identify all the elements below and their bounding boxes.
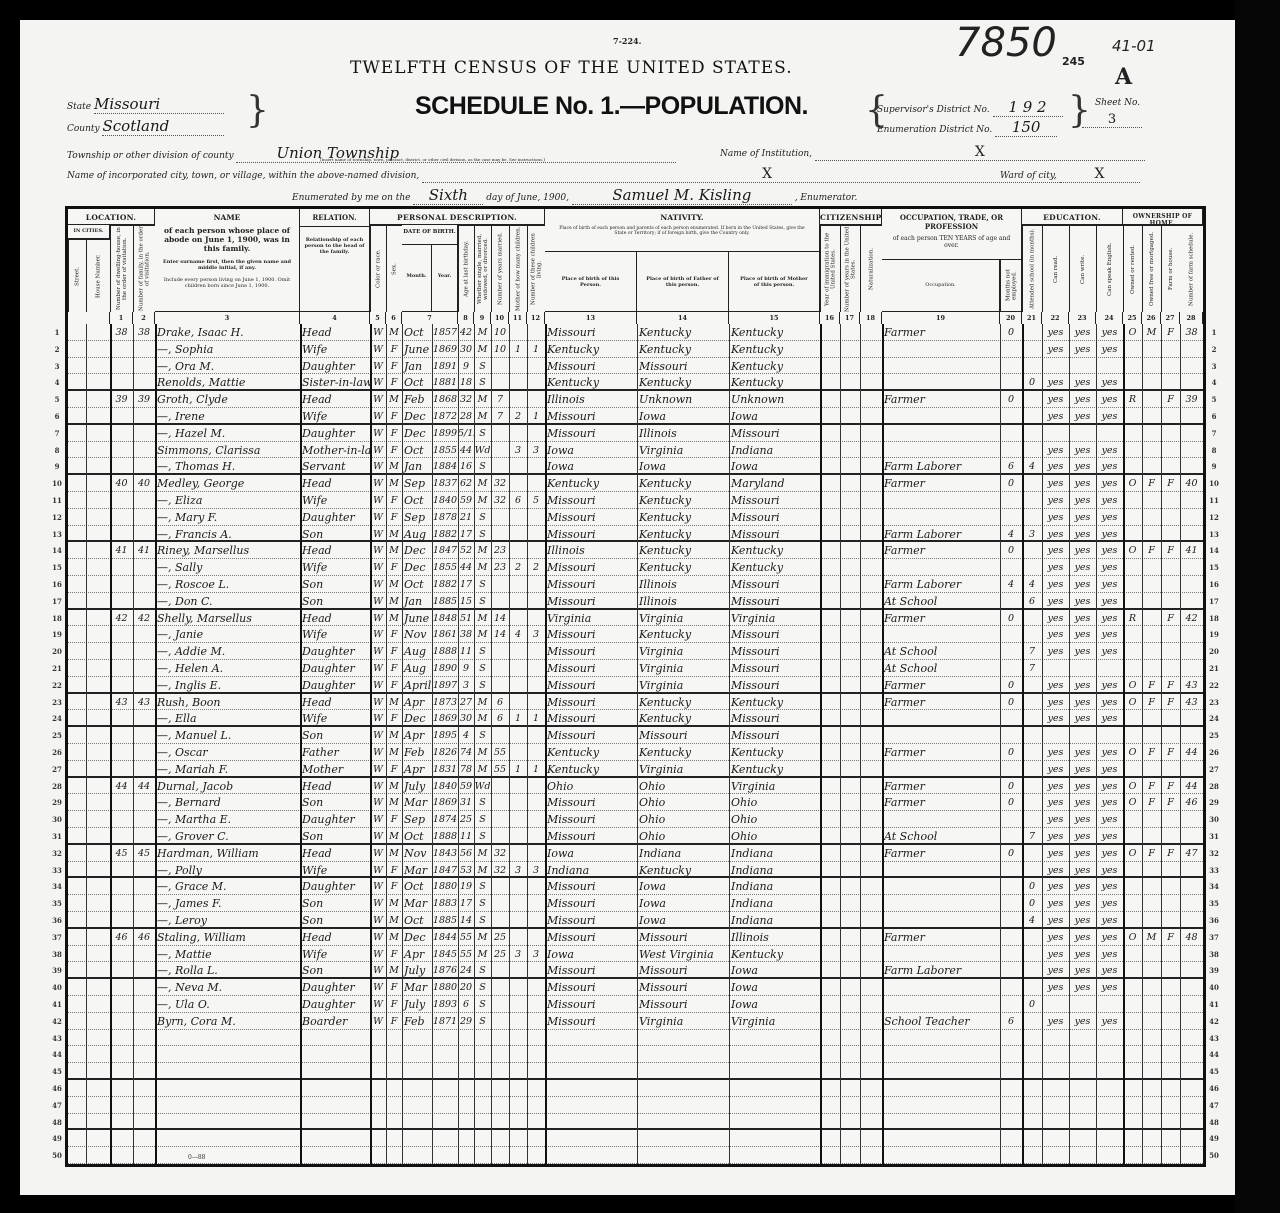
cell-family: 40 [133, 475, 155, 491]
cell-month: Dec [402, 559, 432, 575]
cell-write: yes [1069, 610, 1096, 626]
cell-mother: Indiana [729, 845, 820, 861]
cell-read: yes [1042, 744, 1069, 760]
cell-occupation [882, 710, 1000, 725]
cell-mortgaged: F [1142, 694, 1161, 710]
line-number: 4 [1207, 378, 1221, 387]
cell-yrs-married [491, 962, 509, 977]
line-number: 2 [1207, 345, 1221, 354]
cell-marital: S [474, 358, 491, 374]
cell-relation: Servant [300, 458, 370, 473]
cell-marital: M [474, 929, 491, 945]
cell-color: W [370, 878, 386, 894]
cell-occupation: Farm Laborer [882, 526, 1000, 541]
line-number: 24 [1207, 714, 1221, 723]
table-row: —, SallyWifeWFDec185544M2322MissouriKent… [68, 559, 1203, 576]
line-number: 30 [1207, 815, 1221, 824]
cell-write: yes [1069, 761, 1096, 776]
cell-read: yes [1042, 946, 1069, 962]
cell-write: yes [1069, 391, 1096, 407]
header-years-married: Number of years married. [491, 225, 509, 312]
cell-family [133, 374, 155, 389]
cell-school [1022, 442, 1042, 458]
table-row: —, ElizaWifeWFOct184059M3265MissouriKent… [68, 492, 1203, 509]
cell-farm [1161, 509, 1180, 525]
cell-name: Riney, Marsellus [155, 542, 300, 558]
cell-sex: M [386, 593, 402, 608]
grid-line [882, 324, 884, 1164]
grid-line [1022, 324, 1024, 1164]
table-row: —, Neva M.DaughterWFMar188020SMissouriMi… [68, 979, 1203, 996]
cell-unemployed [1000, 509, 1022, 525]
cell-dwelling [110, 442, 133, 458]
cell-father: Kentucky [637, 341, 729, 357]
cell-year: 1855 [432, 442, 458, 458]
cell-write: yes [1069, 962, 1096, 977]
cell-dwelling [110, 643, 133, 659]
cell-sex: F [386, 862, 402, 877]
cell-relation: Father [300, 744, 370, 760]
table-row: 4545Hardman, WilliamHeadWMNov184356M32Io… [68, 845, 1203, 862]
cell-name: —, Helen A. [155, 660, 300, 676]
cell-farm-no: 43 [1180, 677, 1203, 692]
cell-mother-of [509, 643, 527, 659]
cell-yrs-married [491, 374, 509, 389]
column-number: 13 [545, 312, 637, 324]
cell-birth: Iowa [545, 845, 637, 861]
cell-farm-no: 39 [1180, 391, 1203, 407]
cell-living: 1 [527, 341, 545, 357]
table-row: —, Hazel M.DaughterWFDec18995/12SMissour… [68, 425, 1203, 442]
line-number: 5 [50, 395, 64, 404]
header-birth-father: Place of birth of Father of this person. [637, 252, 729, 312]
table-row: —, Thomas H.ServantWMJan188416SIowaIowaI… [68, 458, 1203, 475]
cell-owned: R [1123, 610, 1142, 626]
column-number: 18 [860, 312, 882, 324]
cell-write: yes [1069, 576, 1096, 592]
cell-living [527, 912, 545, 927]
cell-yrs-married [491, 912, 509, 927]
cell-marital: M [474, 324, 491, 340]
cell-year: 1880 [432, 878, 458, 894]
cell-farm [1161, 946, 1180, 962]
cell-mortgaged [1142, 962, 1161, 977]
cell-sex: F [386, 442, 402, 458]
cell-mother: Missouri [729, 492, 820, 508]
line-number: 12 [1207, 513, 1221, 522]
cell-mortgaged [1142, 660, 1161, 676]
cell-age: 32 [458, 391, 474, 407]
cell-mother-of [509, 677, 527, 692]
cell-name: —, Addie M. [155, 643, 300, 659]
cell-father: Kentucky [637, 694, 729, 710]
cell-write: yes [1069, 526, 1096, 541]
cell-mortgaged [1142, 912, 1161, 927]
cell-mortgaged [1142, 576, 1161, 592]
cell-family: 45 [133, 845, 155, 861]
cell-english: yes [1096, 559, 1123, 575]
cell-family [133, 442, 155, 458]
cell-farm-no [1180, 442, 1203, 458]
supervisor-district-field: Supervisor's District No. 1 9 2 [877, 98, 1063, 117]
cell-school [1022, 324, 1042, 340]
cell-mother-of [509, 778, 527, 794]
cell-mother: Kentucky [729, 744, 820, 760]
cell-yrs-married: 25 [491, 946, 509, 962]
grid-line [110, 324, 112, 1164]
cell-owned [1123, 996, 1142, 1012]
cell-english: yes [1096, 912, 1123, 927]
cell-farm-no [1180, 946, 1203, 962]
cell-farm: F [1161, 542, 1180, 558]
cell-unemployed [1000, 492, 1022, 508]
cell-mortgaged [1142, 727, 1161, 743]
cell-living: 1 [527, 761, 545, 776]
cell-read: yes [1042, 391, 1069, 407]
cell-occupation [882, 912, 1000, 927]
cell-mother-of [509, 576, 527, 592]
schedule-title: SCHEDULE No. 1.—POPULATION. [415, 92, 808, 121]
cell-father: Iowa [637, 878, 729, 894]
cell-english: yes [1096, 878, 1123, 894]
cell-english: yes [1096, 458, 1123, 473]
sheet-value: 3 [1082, 112, 1142, 128]
cell-write: yes [1069, 912, 1096, 927]
cell-living [527, 391, 545, 407]
cell-owned [1123, 710, 1142, 725]
cell-english: yes [1096, 794, 1123, 810]
cell-relation: Head [300, 542, 370, 558]
cell-mortgaged: F [1142, 794, 1161, 810]
cell-farm: F [1161, 677, 1180, 692]
cell-marital: M [474, 862, 491, 877]
cell-relation: Son [300, 794, 370, 810]
cell-age: 59 [458, 492, 474, 508]
grid-line [402, 324, 403, 1164]
cell-english [1096, 660, 1123, 676]
cell-sex: M [386, 828, 402, 843]
cell-occupation [882, 996, 1000, 1012]
line-number: 23 [50, 698, 64, 707]
line-number: 9 [1207, 462, 1221, 471]
line-number: 13 [1207, 530, 1221, 539]
cell-farm-no [1180, 996, 1203, 1012]
line-number: 21 [50, 664, 64, 673]
table-row: —, SophiaWifeWFJune186930M1011KentuckyKe… [68, 341, 1203, 358]
cell-mortgaged: F [1142, 845, 1161, 861]
cell-write: yes [1069, 744, 1096, 760]
cell-relation: Sister-in-law [300, 374, 370, 389]
grid-line [840, 324, 841, 1164]
cell-mother: Kentucky [729, 542, 820, 558]
cell-year: 1837 [432, 475, 458, 491]
ward-value: X [1060, 166, 1140, 183]
cell-yrs-married: 10 [491, 324, 509, 340]
cell-birth: Missouri [545, 878, 637, 894]
cell-english: yes [1096, 1013, 1123, 1029]
cell-name: —, Manuel L. [155, 727, 300, 743]
cell-read: yes [1042, 458, 1069, 473]
cell-father: Kentucky [637, 374, 729, 389]
table-row: —, MattieWifeWFApr184555M2533IowaWest Vi… [68, 946, 1203, 963]
cell-occupation [882, 559, 1000, 575]
cell-mortgaged: F [1142, 677, 1161, 692]
cell-living: 1 [527, 408, 545, 423]
cell-yrs-married [491, 358, 509, 374]
cell-mother-of [509, 794, 527, 810]
column-number: 2 [133, 312, 155, 324]
header-mother-of: Mother of how many children. [509, 225, 527, 312]
cell-father: Kentucky [637, 559, 729, 575]
cell-write: yes [1069, 559, 1096, 575]
cell-birth: Missouri [545, 576, 637, 592]
cell-month: Dec [402, 542, 432, 558]
cell-read: yes [1042, 694, 1069, 710]
table-row [68, 1147, 1203, 1164]
cell-birth: Missouri [545, 727, 637, 743]
table-row: Simmons, ClarissaMother-in-lawWFOct18554… [68, 442, 1203, 459]
cell-dwelling: 46 [110, 929, 133, 945]
cell-mother-of [509, 660, 527, 676]
cell-unemployed: 0 [1000, 778, 1022, 794]
cell-age: 25 [458, 811, 474, 827]
line-number: 26 [50, 748, 64, 757]
cell-father: Iowa [637, 912, 729, 927]
cell-write [1069, 727, 1096, 743]
table-row: —, Don C.SonWMJan188515SMissouriIllinois… [68, 593, 1203, 610]
cell-occupation [882, 408, 1000, 423]
county-field: County Scotland [67, 117, 224, 136]
cell-living: 3 [527, 862, 545, 877]
cell-mother: Kentucky [729, 358, 820, 374]
cell-marital: M [474, 626, 491, 642]
line-number: 18 [50, 614, 64, 623]
cell-age: 78 [458, 761, 474, 776]
cell-name: Shelly, Marsellus [155, 610, 300, 626]
header-marital-status: Whether single, married, widowed, or div… [474, 225, 491, 312]
cell-yrs-married: 32 [491, 475, 509, 491]
cell-marital: M [474, 341, 491, 357]
cell-read: yes [1042, 509, 1069, 525]
cell-color: W [370, 1013, 386, 1029]
table-row [68, 1130, 1203, 1147]
cell-owned: O [1123, 744, 1142, 760]
line-number: 40 [50, 983, 64, 992]
table-row: 4646Staling, WilliamHeadWMDec184455M25Mi… [68, 929, 1203, 946]
cell-yrs-married: 7 [491, 408, 509, 423]
cell-school [1022, 391, 1042, 407]
cell-yrs-married: 55 [491, 761, 509, 776]
line-number: 40 [1207, 983, 1221, 992]
cell-owned: O [1123, 845, 1142, 861]
cell-relation: Son [300, 727, 370, 743]
cell-english: yes [1096, 374, 1123, 389]
header-in-cities: IN CITIES. [68, 225, 110, 239]
cell-read: yes [1042, 845, 1069, 861]
cell-age: 53 [458, 862, 474, 877]
cell-occupation [882, 442, 1000, 458]
cell-month: June [402, 610, 432, 626]
cell-yrs-married [491, 727, 509, 743]
cell-relation: Wife [300, 862, 370, 877]
column-number: 11 [509, 312, 527, 324]
table-row [68, 1046, 1203, 1063]
cell-english: yes [1096, 895, 1123, 911]
cell-mother-of [509, 593, 527, 608]
table-row: 3838Drake, Isaac H.HeadWMOct185742M10Mis… [68, 324, 1203, 341]
cell-living [527, 677, 545, 692]
cell-year: 1861 [432, 626, 458, 642]
cell-write: yes [1069, 458, 1096, 473]
cell-birth: Missouri [545, 962, 637, 977]
table-row: Renolds, MattieSister-in-lawWFOct188118S… [68, 374, 1203, 391]
grid-line [1161, 324, 1162, 1164]
cell-yrs-married: 25 [491, 929, 509, 945]
column-number: 14 [637, 312, 729, 324]
line-number: 44 [1207, 1050, 1221, 1059]
cell-occupation: Farm Laborer [882, 962, 1000, 977]
cell-birth: Missouri [545, 694, 637, 710]
cell-mother: Indiana [729, 442, 820, 458]
cell-farm [1161, 425, 1180, 441]
cell-family [133, 408, 155, 423]
cell-mortgaged [1142, 1013, 1161, 1029]
cell-english: yes [1096, 643, 1123, 659]
table-row: —, BernardSonWMMar186931SMissouriOhioOhi… [68, 794, 1203, 811]
cell-occupation [882, 761, 1000, 776]
grid-line [370, 324, 372, 1164]
cell-name: —, Ella [155, 710, 300, 725]
cell-age: 17 [458, 895, 474, 911]
cell-mortgaged [1142, 862, 1161, 877]
cell-dwelling [110, 744, 133, 760]
enumerated-field: Enumerated by me on the Sixth day of Jun… [292, 186, 857, 205]
cell-marital: S [474, 643, 491, 659]
cell-name: —, Mary F. [155, 509, 300, 525]
cell-father: Kentucky [637, 862, 729, 877]
cell-sex: F [386, 710, 402, 725]
cell-living [527, 526, 545, 541]
cell-farm [1161, 878, 1180, 894]
cell-marital: S [474, 526, 491, 541]
enumerated-day: Sixth [413, 186, 483, 205]
table-row: —, Ora M.DaughterWFJan18919SMissouriMiss… [68, 358, 1203, 375]
cell-unemployed: 0 [1000, 694, 1022, 710]
cell-month: Oct [402, 374, 432, 389]
cell-color: W [370, 492, 386, 508]
header-color: Color or race. [370, 225, 386, 312]
cell-write: yes [1069, 593, 1096, 608]
cell-birth: Indiana [545, 862, 637, 877]
cell-unemployed [1000, 374, 1022, 389]
cell-month: Apr [402, 761, 432, 776]
cell-farm-no [1180, 509, 1203, 525]
cell-dwelling [110, 946, 133, 962]
cell-farm-no [1180, 828, 1203, 843]
cell-age: 55 [458, 929, 474, 945]
cell-name: —, Irene [155, 408, 300, 423]
cell-name: Simmons, Clarissa [155, 442, 300, 458]
cell-marital: M [474, 475, 491, 491]
cell-color: W [370, 475, 386, 491]
table-row [68, 1063, 1203, 1080]
cell-sex: M [386, 895, 402, 911]
cell-unemployed: 0 [1000, 542, 1022, 558]
population-schedule-table: LOCATION. IN CITIES. Street. House Numbe… [65, 206, 1206, 1167]
state-value: Missouri [94, 95, 224, 114]
cell-owned [1123, 626, 1142, 642]
cell-marital: S [474, 576, 491, 592]
cell-read [1042, 425, 1069, 441]
cell-unemployed [1000, 626, 1022, 642]
cell-family [133, 996, 155, 1012]
cell-family: 46 [133, 929, 155, 945]
column-number: 10 [491, 312, 509, 324]
cell-year: 1884 [432, 458, 458, 473]
cell-sex: F [386, 626, 402, 642]
cell-age: 42 [458, 324, 474, 340]
cell-marital: M [474, 845, 491, 861]
table-row: 4444Durnal, JacobHeadWMJuly184059WdOhioO… [68, 778, 1203, 795]
cell-occupation [882, 341, 1000, 357]
cell-yrs-married [491, 576, 509, 592]
cell-age: 30 [458, 341, 474, 357]
cell-owned [1123, 593, 1142, 608]
line-number: 34 [1207, 882, 1221, 891]
cell-name: —, Neva M. [155, 979, 300, 995]
cell-sex: F [386, 492, 402, 508]
cell-unemployed [1000, 593, 1022, 608]
cell-read: yes [1042, 341, 1069, 357]
cell-marital: S [474, 458, 491, 473]
cell-english: yes [1096, 526, 1123, 541]
cell-unemployed [1000, 761, 1022, 776]
cell-mother-of [509, 610, 527, 626]
cell-mortgaged [1142, 526, 1161, 541]
header-farm-house: Farm or house. [1161, 225, 1180, 312]
table-row: —, Inglis E.DaughterWFApril18973SMissour… [68, 677, 1203, 694]
cell-school [1022, 1013, 1042, 1029]
cell-name: —, James F. [155, 895, 300, 911]
cell-school [1022, 492, 1042, 508]
cell-month: Apr [402, 946, 432, 962]
cell-occupation: Farmer [882, 794, 1000, 810]
line-number: 17 [50, 597, 64, 606]
cell-yrs-married [491, 794, 509, 810]
cell-sex: M [386, 727, 402, 743]
line-number: 39 [50, 966, 64, 975]
cell-age: 55 [458, 946, 474, 962]
cell-relation: Head [300, 610, 370, 626]
cell-father: Kentucky [637, 542, 729, 558]
cell-sex: M [386, 458, 402, 473]
cell-sex: F [386, 1013, 402, 1029]
cell-month: Nov [402, 626, 432, 642]
line-number: 14 [1207, 546, 1221, 555]
cell-dwelling [110, 794, 133, 810]
header-birth-person: Place of birth of this Person. [545, 252, 637, 312]
scan-border [1235, 0, 1280, 1213]
cell-write: yes [1069, 895, 1096, 911]
line-number: 46 [50, 1084, 64, 1093]
cell-year: 1882 [432, 576, 458, 592]
table-row [68, 1080, 1203, 1097]
cell-marital: M [474, 946, 491, 962]
cell-english: yes [1096, 408, 1123, 423]
cell-occupation [882, 862, 1000, 877]
cell-relation: Son [300, 526, 370, 541]
cell-mother-of [509, 979, 527, 995]
